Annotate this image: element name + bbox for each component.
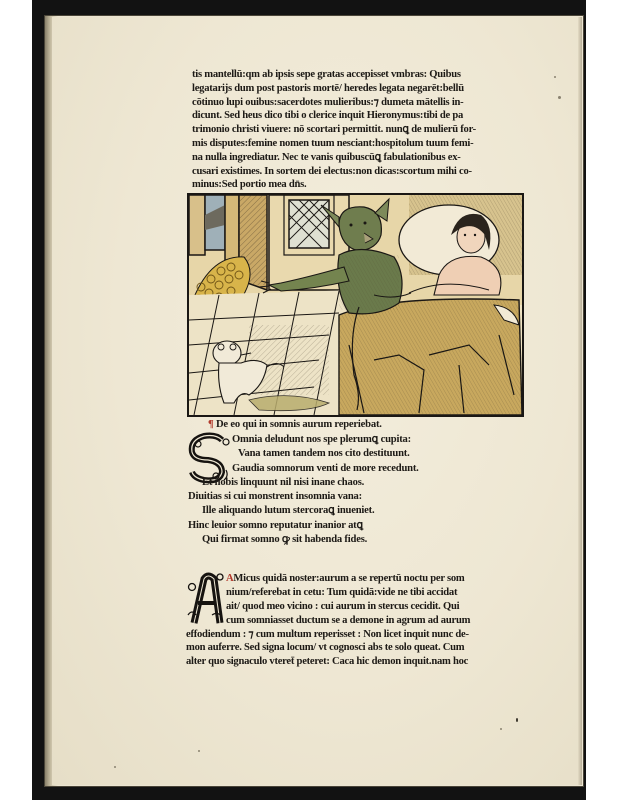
paper-speck — [516, 718, 518, 722]
text-line: tis mantellū:qm ab ipsis sepe gratas acc… — [192, 68, 522, 82]
text-line: legatarijs dum post pastoris mortē/ here… — [192, 82, 522, 96]
paper-speck — [554, 76, 556, 78]
verse-line: Diuitias si cui monstrent insomnia vana: — [186, 490, 526, 504]
text-line: cōtinuo lupi ouibus:sacerdotes mulieribu… — [192, 96, 522, 110]
chapter-caption: ¶ De eo qui in somnis aurum reperiebat. — [208, 418, 518, 432]
prose-line: effodiendum : ⁊ cum multum reperisset : … — [186, 628, 526, 642]
verse-line: Et nobis linquunt nil nisi inane chaos. — [186, 476, 526, 490]
woodcut-scene-icon — [189, 195, 522, 415]
top-text-block: tis mantellū:qm ab ipsis sepe gratas acc… — [192, 68, 522, 192]
prose-line: AMicus quidā noster:aurum a se repertū n… — [186, 572, 526, 586]
text-line: trimonio christi viuere: nō scortari per… — [192, 123, 522, 137]
text-line: dicunt. Sed heus dico tibi o clerice inq… — [192, 109, 522, 123]
paper-speck — [198, 750, 200, 752]
prose-line: alter quo signaculo vteret̄ peteret: Cac… — [186, 655, 526, 669]
verse-line: Vana tamen tandem nos cito destituunt. — [186, 447, 526, 461]
paper-speck — [558, 96, 561, 99]
text-line: minus:Sed portio mea dn̄s. — [192, 178, 522, 192]
paper-speck — [500, 728, 502, 730]
pilcrow-mark: ¶ — [208, 419, 214, 430]
prose-line: ait/ quod meo vicino : cui aurum in ster… — [186, 600, 526, 614]
verse-line: Omnia deludunt nos spe plerumꝗ cupita: — [186, 433, 526, 447]
prose-line: nium/referebat in cetu: Tum quidā:vide n… — [186, 586, 526, 600]
verse-block: Omnia deludunt nos spe plerumꝗ cupita: V… — [186, 433, 526, 547]
text-line: na nulla ingrediatur. Nec te vanis quibu… — [192, 151, 522, 165]
text-line: mis disputes:femine nomen tuum nesciant:… — [192, 137, 522, 151]
caption-text: De eo qui in somnis aurum reperiebat. — [216, 419, 382, 430]
verse-initial-letter: O — [232, 434, 240, 445]
paper-speck — [114, 766, 116, 768]
prose-line: mon auferre. Sed signa locum/ vt cognosc… — [186, 641, 526, 655]
verse-line: Qui firmat somno ꝙ sit habenda fides. — [186, 533, 526, 547]
verse-line: Gaudia somnorum venti de more recedunt. — [186, 462, 526, 476]
prose-line: cum somniasset ductum se a demone in agr… — [186, 614, 526, 628]
woodcut-illustration — [187, 193, 524, 417]
verse-line: Hinc leuior somno reputatur inanior atꝗ — [186, 519, 526, 533]
verse-line: Ille aliquando lutum stercoraꝗ inueniet. — [186, 504, 526, 518]
text-line: cusari existimes. In sortem dei electus:… — [192, 165, 522, 179]
prose-block: AMicus quidā noster:aurum a se repertū n… — [186, 572, 526, 669]
